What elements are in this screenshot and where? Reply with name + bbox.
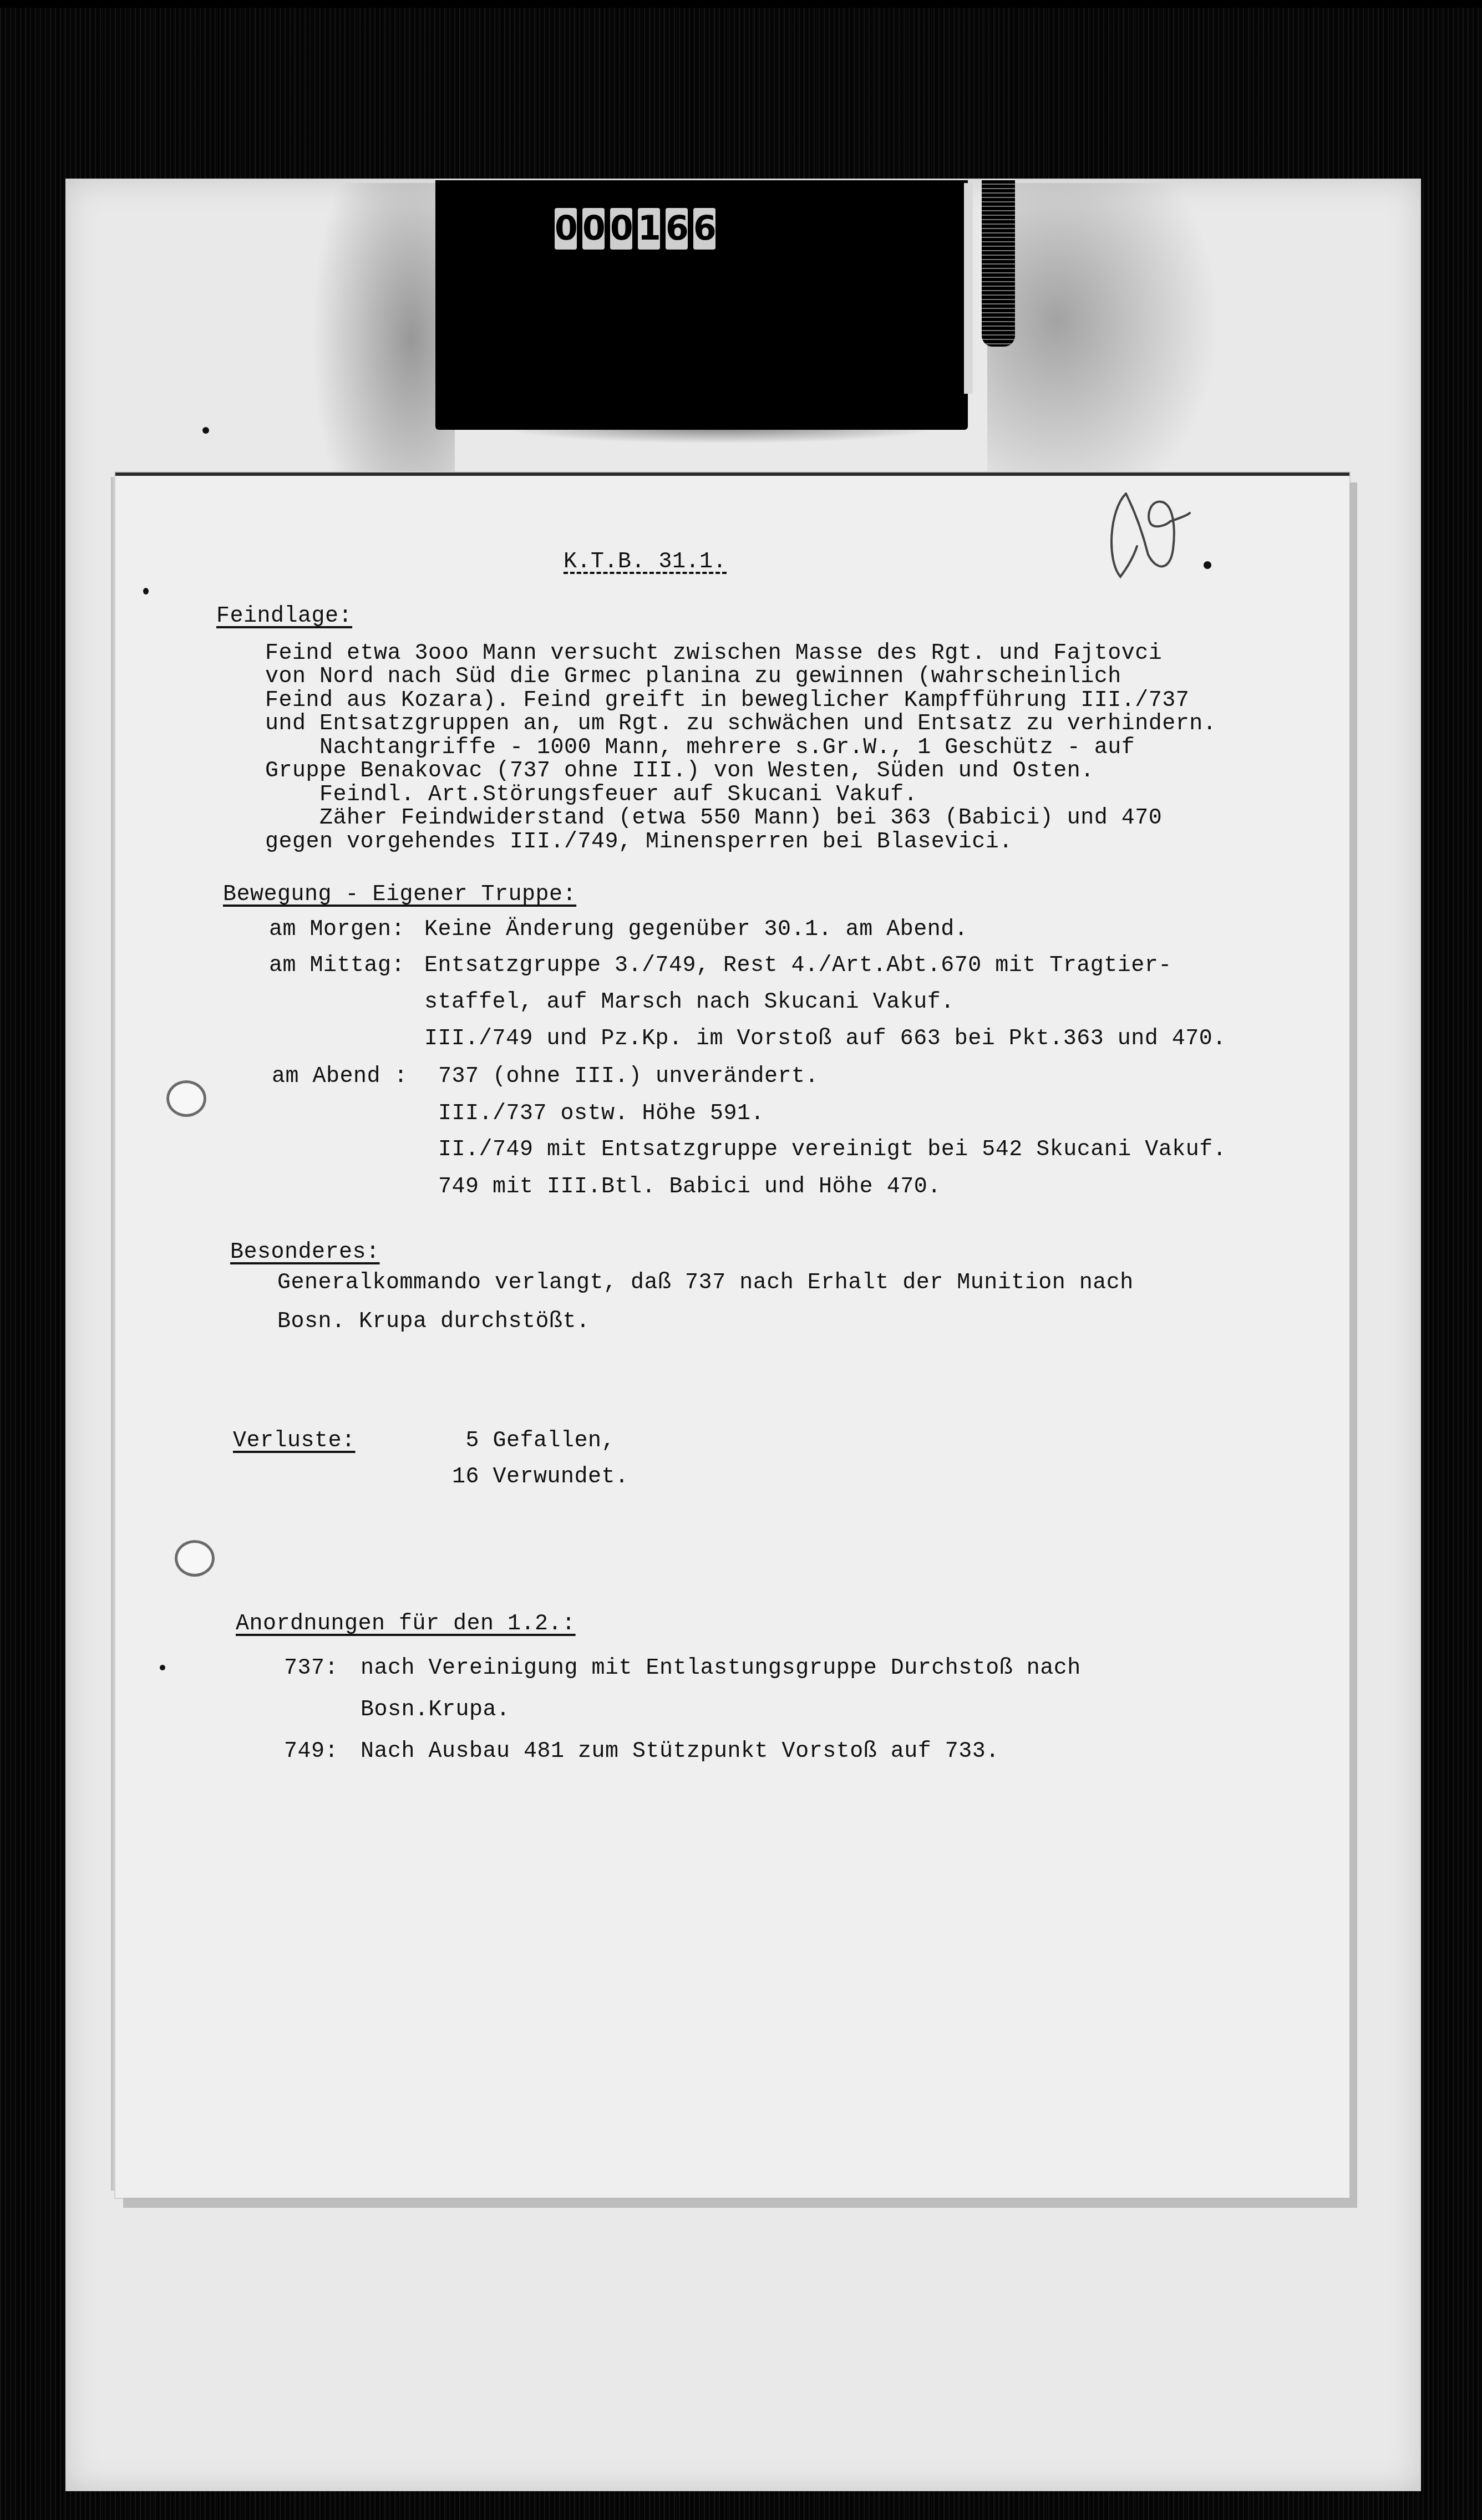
document-header: K.T.B. 31.1. bbox=[564, 549, 727, 576]
counter-digit: 0 bbox=[610, 208, 632, 250]
verluste-line: 5 Gefallen, bbox=[452, 1428, 615, 1455]
counter-digit: 6 bbox=[666, 208, 688, 250]
bewegung-line: staffel, auf Marsch nach Skucani Vakuf. bbox=[424, 989, 955, 1016]
verluste-line: 16 Verwundet. bbox=[452, 1464, 629, 1491]
punch-hole-icon bbox=[175, 1540, 215, 1577]
counter-digit: 6 bbox=[693, 208, 715, 250]
bewegung-line: II./749 mit Entsatzgruppe vereinigt bei … bbox=[438, 1137, 1226, 1164]
bewegung-label-abend: am Abend : bbox=[272, 1064, 408, 1090]
anordnung-line: Nach Ausbau 481 zum Stützpunkt Vorstoß a… bbox=[361, 1739, 999, 1765]
anordnung-line: Bosn.Krupa. bbox=[361, 1697, 510, 1724]
besonderes-line: Bosn. Krupa durchstößt. bbox=[277, 1309, 590, 1335]
bewegung-line: III./737 ostw. Höhe 591. bbox=[438, 1101, 764, 1127]
feindlage-line: und Entsatzgruppen an, um Rgt. zu schwäc… bbox=[265, 711, 1216, 738]
clamp-shadow bbox=[499, 427, 943, 444]
speck-mark bbox=[143, 588, 149, 595]
clamp-bar bbox=[964, 183, 973, 394]
bewegung-line: 737 (ohne III.) unverändert. bbox=[438, 1064, 819, 1090]
section-heading-bewegung: Bewegung - Eigener Truppe: bbox=[223, 882, 576, 908]
anordnung-line: nach Vereinigung mit Entlastungsgruppe D… bbox=[361, 1655, 1081, 1682]
bewegung-line: 749 mit III.Btl. Babici und Höhe 470. bbox=[438, 1174, 941, 1201]
feindlage-line: von Nord nach Süd die Grmec planina zu g… bbox=[265, 664, 1121, 690]
counter-wheel-icon bbox=[982, 180, 1015, 347]
section-heading-feindlage: Feindlage: bbox=[216, 603, 352, 630]
frame-counter: 0 0 0 1 6 6 bbox=[555, 208, 715, 250]
speck-mark bbox=[160, 1665, 165, 1670]
section-heading-anordnungen: Anordnungen für den 1.2.: bbox=[236, 1611, 576, 1638]
handwritten-mark-icon bbox=[1104, 488, 1209, 582]
speck-mark bbox=[202, 427, 209, 434]
bewegung-label-morgen: am Morgen: bbox=[269, 917, 405, 943]
bewegung-line: III./749 und Pz.Kp. im Vorstoß auf 663 b… bbox=[424, 1026, 1226, 1053]
feindlage-line: gegen vorgehendes III./749, Minensperren… bbox=[265, 829, 1013, 856]
bewegung-label-mittag: am Mittag: bbox=[269, 953, 405, 979]
punch-hole-icon bbox=[166, 1080, 206, 1117]
counter-digit: 0 bbox=[555, 208, 577, 250]
bewegung-line: Keine Änderung gegenüber 30.1. am Abend. bbox=[424, 917, 968, 943]
anordnung-label-737: 737: bbox=[284, 1655, 338, 1682]
feindlage-line: Zäher Feindwiderstand (etwa 550 Mann) be… bbox=[265, 805, 1162, 832]
bewegung-line: Entsatzgruppe 3./749, Rest 4./Art.Abt.67… bbox=[424, 953, 1172, 979]
section-heading-verluste: Verluste: bbox=[233, 1428, 356, 1455]
feindlage-line: Feind aus Kozara). Feind greift in beweg… bbox=[265, 688, 1189, 714]
feindlage-line: Feind etwa 3ooo Mann versucht zwischen M… bbox=[265, 641, 1162, 667]
feindlage-line: Feindl. Art.Störungsfeuer auf Skucani Va… bbox=[265, 782, 917, 809]
section-heading-besonderes: Besonderes: bbox=[230, 1239, 380, 1266]
counter-digit: 1 bbox=[638, 208, 660, 250]
feindlage-line: Gruppe Benakovac (737 ohne III.) von Wes… bbox=[265, 758, 1094, 785]
besonderes-line: Generalkommando verlangt, daß 737 nach E… bbox=[277, 1270, 1134, 1297]
feindlage-line: Nachtangriffe - 1000 Mann, mehrere s.Gr.… bbox=[265, 735, 1135, 761]
scan-top-strip bbox=[0, 0, 1482, 8]
counter-digit: 0 bbox=[582, 208, 605, 250]
anordnung-label-749: 749: bbox=[284, 1739, 338, 1765]
